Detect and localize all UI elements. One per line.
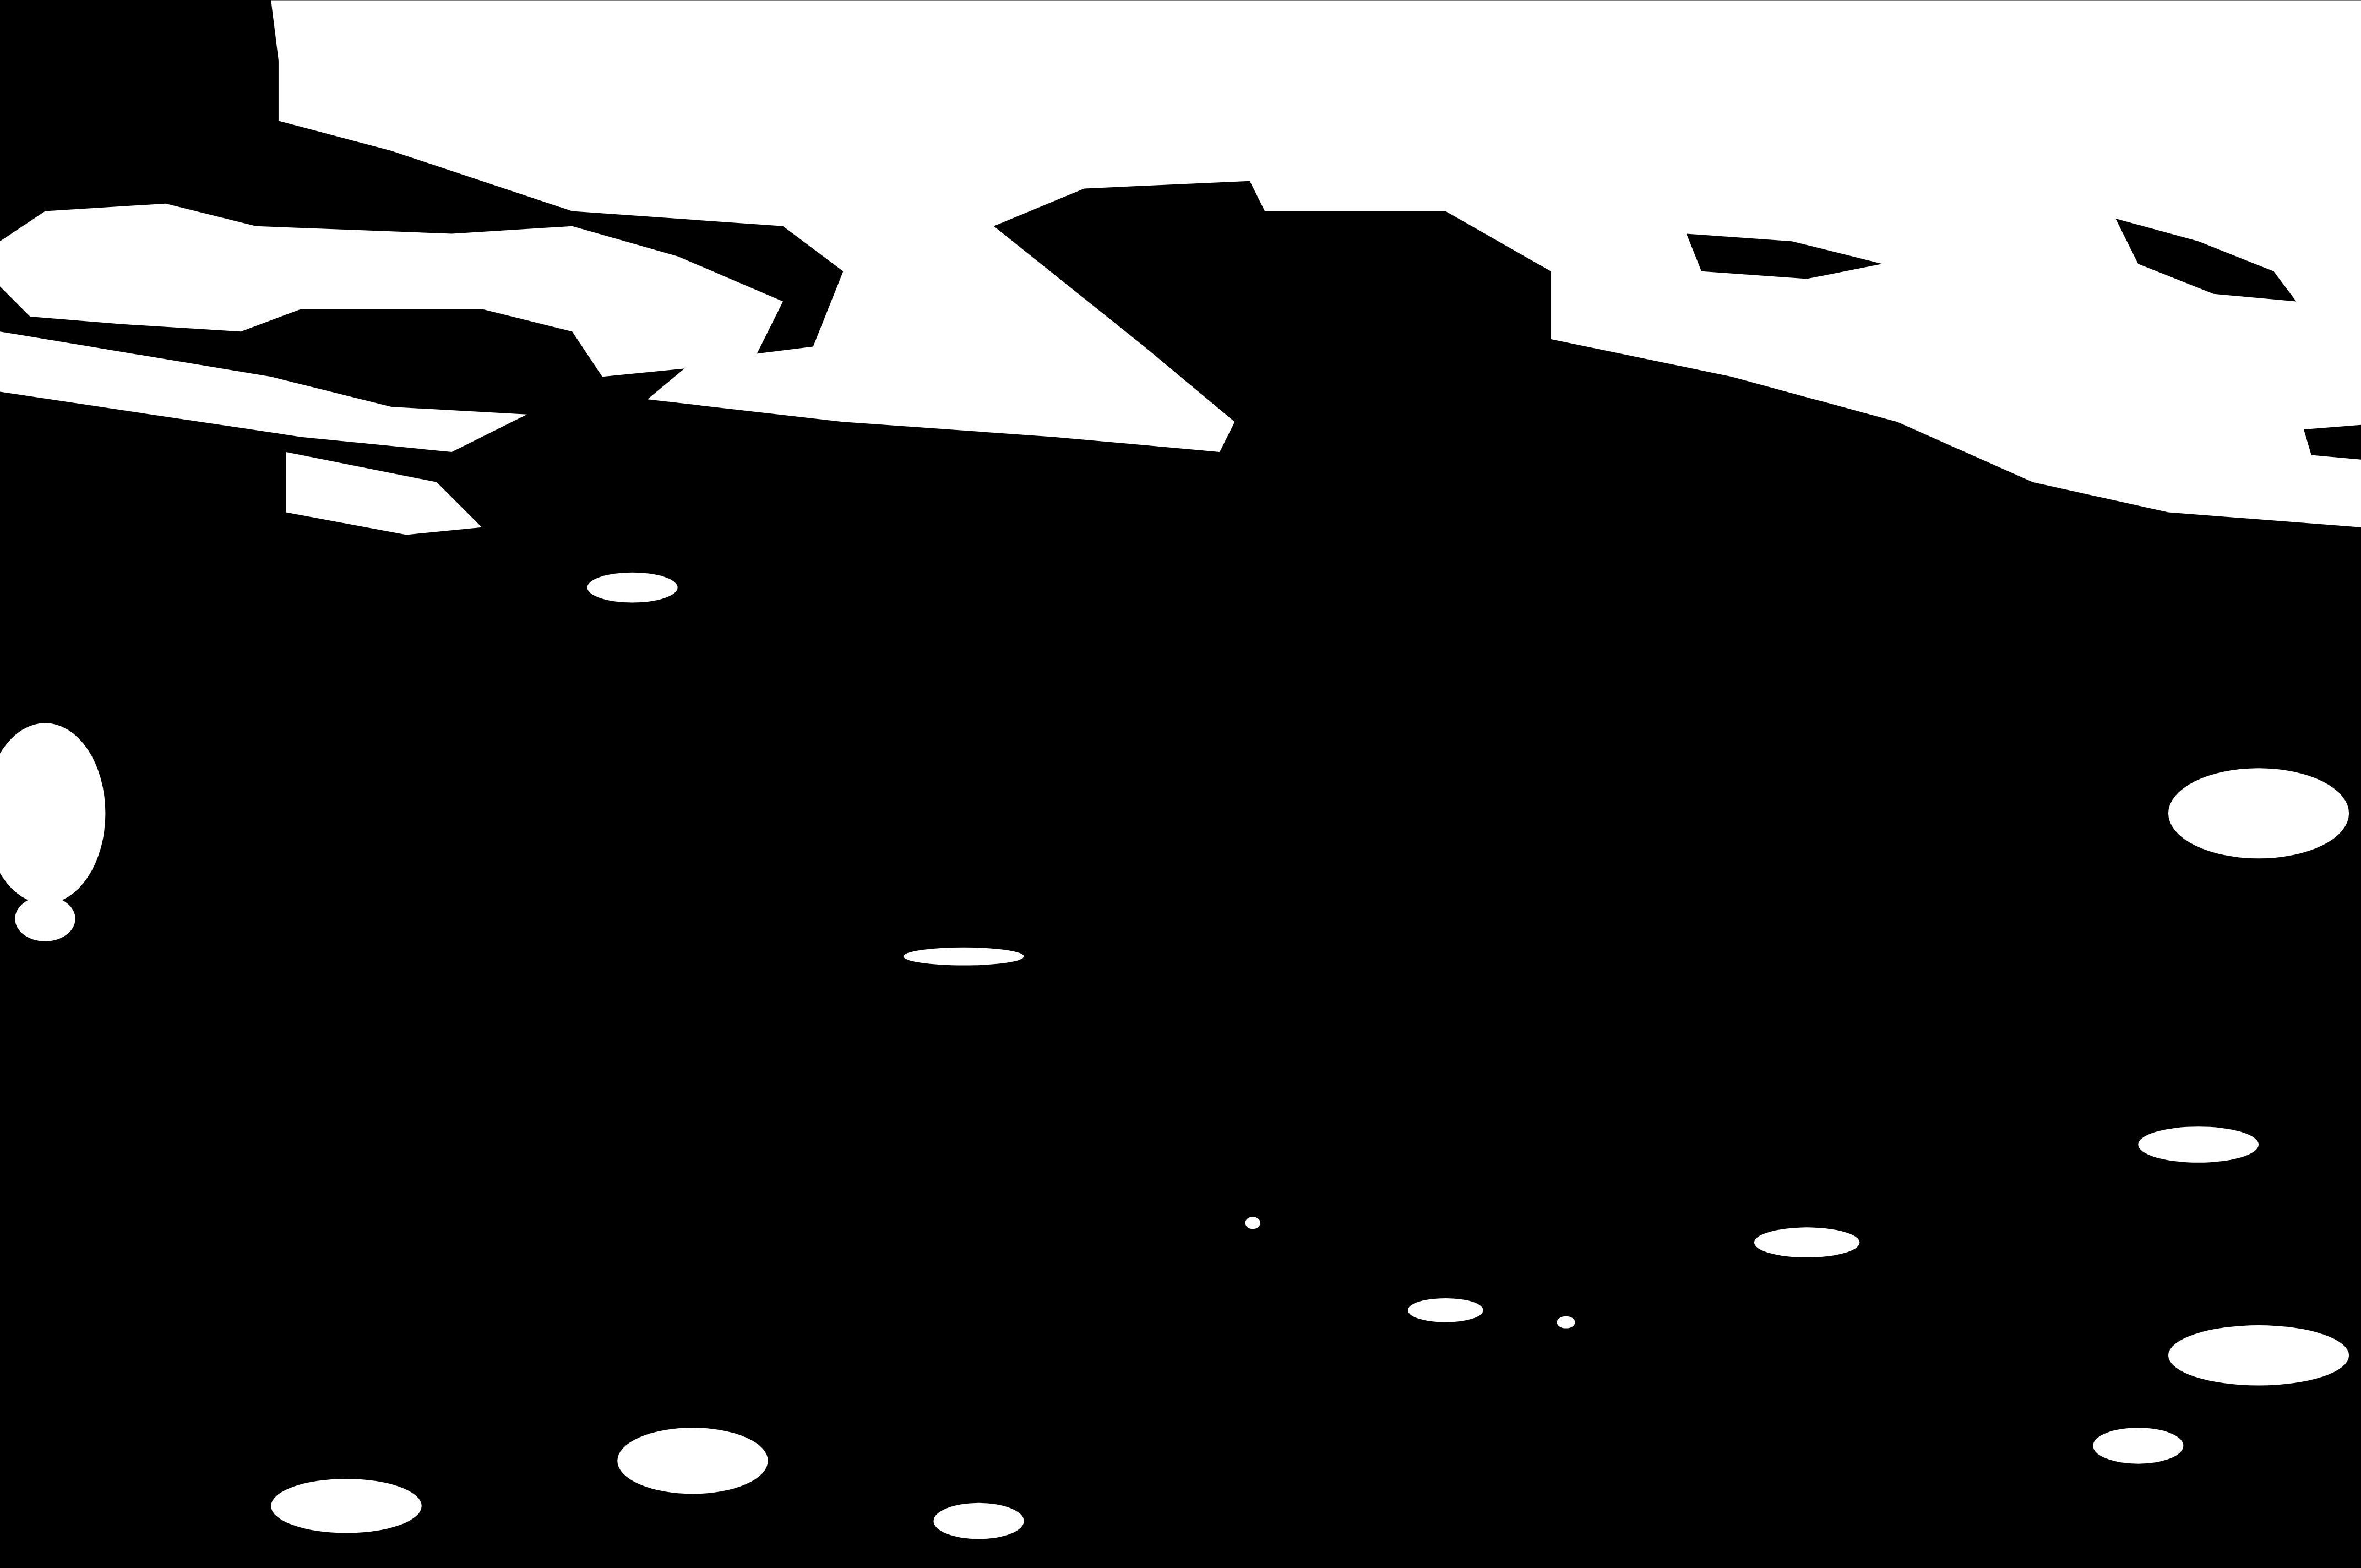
thresholded-landscape-photo: [0, 0, 2361, 1568]
photo-frame: [0, 0, 2361, 1568]
